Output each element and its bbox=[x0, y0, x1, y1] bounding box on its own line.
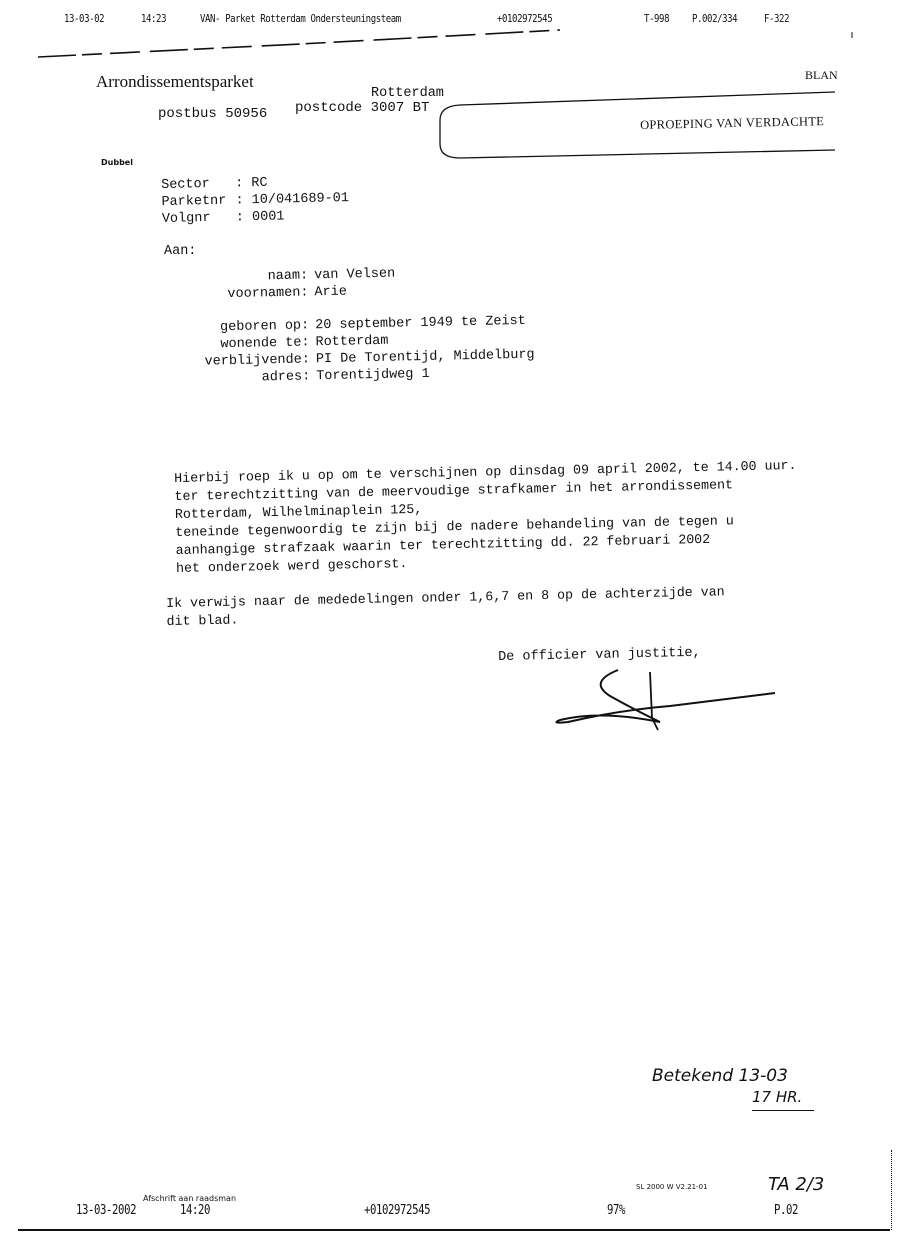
reference-paragraph: Ik verwijs naar de mededelingen onder 1,… bbox=[166, 583, 725, 631]
body-paragraph: Hierbij roep ik u op om te verschijnen o… bbox=[174, 457, 799, 578]
copy-to-counsel: Afschrift aan raadsman bbox=[143, 1194, 236, 1203]
bottom-edge-line bbox=[18, 1229, 890, 1231]
handwritten-note-2: 17 HR. bbox=[752, 1088, 802, 1106]
footer-date: 13-03-2002 bbox=[76, 1203, 136, 1218]
scan-line bbox=[0, 0, 900, 70]
recipient-block: naam:van Velsen voornamen:Arie geboren o… bbox=[184, 263, 535, 388]
handwritten-underline bbox=[752, 1110, 814, 1111]
postcode: postcode 3007 BT bbox=[295, 100, 429, 116]
right-edge-line bbox=[891, 1150, 892, 1230]
case-fields: Sector: RC Parketnr: 10/041689-01 Volgnr… bbox=[161, 173, 349, 228]
signature bbox=[540, 660, 790, 740]
copy-mark: Dubbel bbox=[101, 158, 133, 167]
footer-page: P.02 bbox=[774, 1203, 798, 1218]
form-code: SL 2000 W V2.21-01 bbox=[636, 1183, 708, 1191]
field-volgnr: Volgnr: 0001 bbox=[162, 207, 350, 228]
handwritten-note-1: Betekend 13-03 bbox=[652, 1066, 788, 1086]
stamp-handwritten: TA 2/3 bbox=[768, 1174, 824, 1195]
footer-time: 14:20 bbox=[180, 1203, 210, 1218]
postbus: postbus 50956 bbox=[158, 106, 267, 122]
footer-quality: 97% bbox=[607, 1203, 625, 1218]
footer-phone: +0102972545 bbox=[364, 1203, 430, 1218]
org-name: Arrondissementsparket bbox=[96, 72, 254, 92]
to-label: Aan: bbox=[164, 244, 196, 259]
